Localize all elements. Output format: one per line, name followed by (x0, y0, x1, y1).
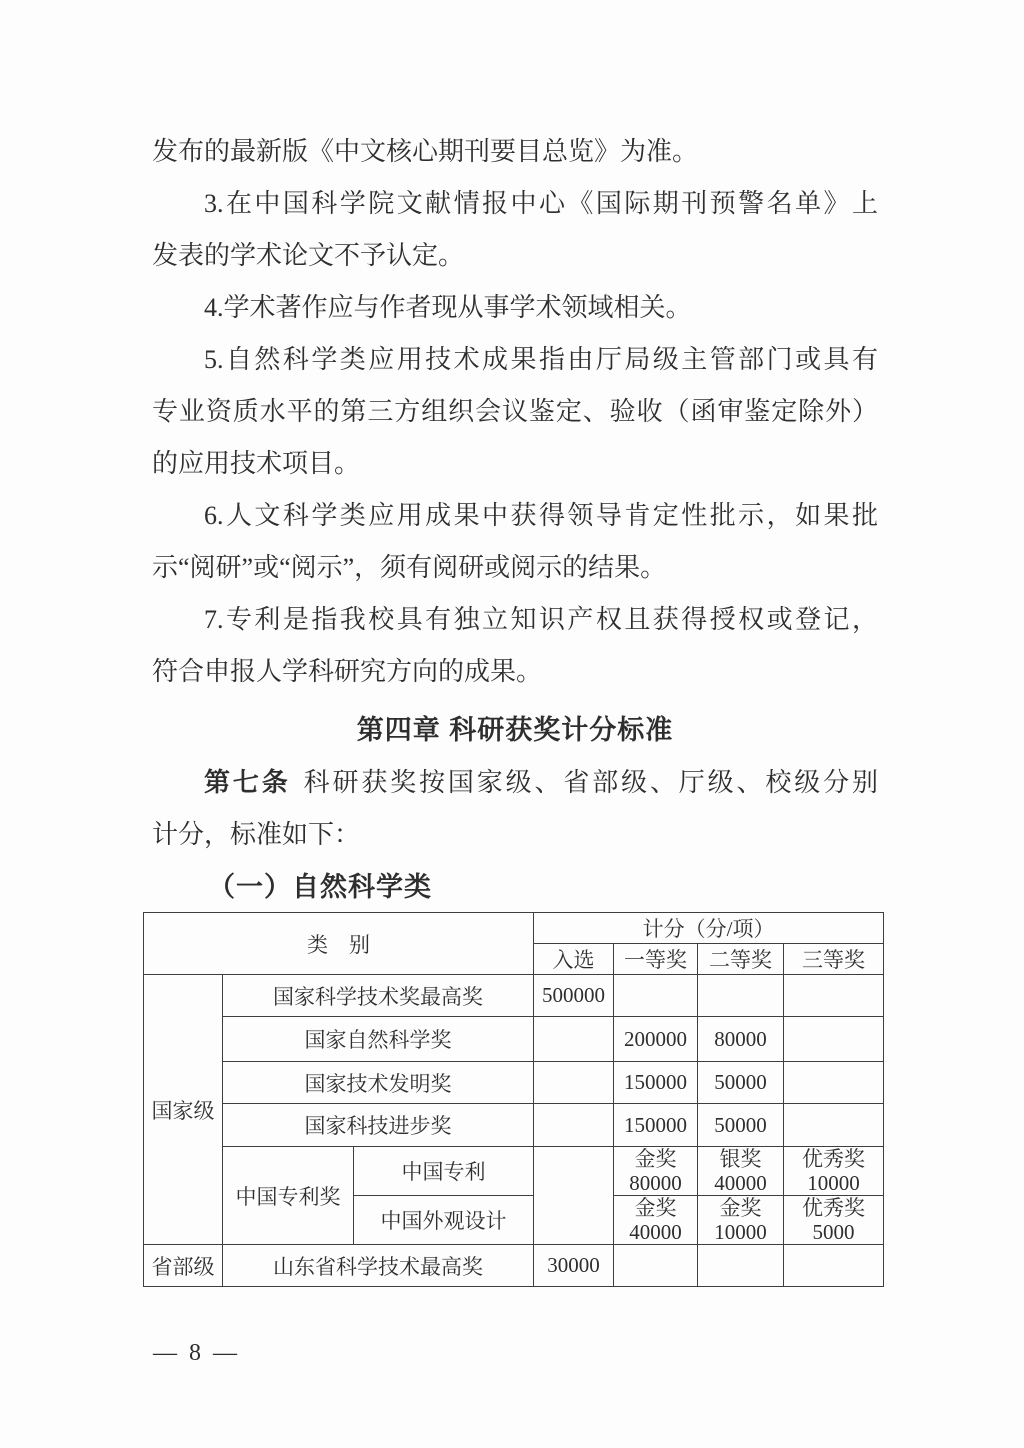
level-cell-provincial: 省部级 (144, 1245, 223, 1287)
score-third (784, 1104, 884, 1147)
award-name: 中国外观设计 (354, 1196, 534, 1245)
medal-value: 5000 (784, 1220, 883, 1244)
medal-label: 银奖 (698, 1147, 783, 1171)
score-third: 优秀奖 10000 (784, 1147, 884, 1196)
header-col-second: 二等奖 (698, 944, 784, 975)
paragraph-line: 4.学术著作应与作者现从事学术领域相关。 (152, 282, 878, 334)
medal-value: 40000 (698, 1171, 783, 1195)
award-name: 中国专利 (354, 1147, 534, 1196)
document-page: 发布的最新版《中文核心期刊要目总览》为准。 3.在中国科学院文献情报中心《国际期… (0, 0, 1024, 1448)
article-line: 第七条科研获奖按国家级、省部级、厅级、校级分别 (152, 756, 878, 809)
score-first: 150000 (614, 1104, 698, 1147)
score-second: 80000 (698, 1017, 784, 1062)
medal-value: 80000 (614, 1171, 697, 1195)
score-third (784, 1017, 884, 1062)
paragraph-line: 示“阅研”或“阅示”，须有阅研或阅示的结果。 (152, 542, 878, 594)
paragraph-line: 发表的学术论文不予认定。 (152, 230, 878, 282)
score-third (784, 975, 884, 1017)
score-third (784, 1062, 884, 1104)
score-second (698, 1245, 784, 1287)
score-selected: 30000 (534, 1245, 614, 1287)
header-category: 类 别 (144, 913, 534, 975)
table-row: 国家科技进步奖 150000 50000 (144, 1104, 884, 1147)
paragraph-line: 符合申报人学科研究方向的成果。 (152, 646, 878, 698)
score-second: 金奖 10000 (698, 1196, 784, 1245)
header-col-third: 三等奖 (784, 944, 884, 975)
award-name: 国家技术发明奖 (223, 1062, 534, 1104)
score-selected (534, 1017, 614, 1062)
score-first: 150000 (614, 1062, 698, 1104)
header-score-group: 计分（分/项） (534, 913, 884, 944)
paragraph-line: 专业资质水平的第三方组织会议鉴定、验收（函审鉴定除外） (152, 386, 878, 438)
patent-group-cell: 中国专利奖 (223, 1147, 354, 1245)
score-table: 类 别 计分（分/项） 入选 一等奖 二等奖 三等奖 国家级 国家科学技术奖最高… (143, 912, 884, 1287)
paragraph-line: 6.人文科学类应用成果中获得领导肯定性批示，如果批 (152, 490, 878, 542)
medal-label: 优秀奖 (784, 1196, 883, 1220)
table-row: 省部级 山东省科学技术最高奖 30000 (144, 1245, 884, 1287)
score-selected (534, 1062, 614, 1104)
score-first (614, 975, 698, 1017)
medal-label: 优秀奖 (784, 1147, 883, 1171)
award-name: 国家科学技术奖最高奖 (223, 975, 534, 1017)
header-col-first: 一等奖 (614, 944, 698, 975)
medal-label: 金奖 (614, 1196, 697, 1220)
table-row: 国家自然科学奖 200000 80000 (144, 1017, 884, 1062)
score-third (784, 1245, 884, 1287)
paragraph-line: 3.在中国科学院文献情报中心《国际期刊预警名单》上 (152, 178, 878, 230)
score-first (614, 1245, 698, 1287)
medal-label: 金奖 (614, 1147, 697, 1171)
medal-value: 10000 (698, 1220, 783, 1244)
body-text: 发布的最新版《中文核心期刊要目总览》为准。 3.在中国科学院文献情报中心《国际期… (152, 126, 878, 913)
table-row: 中国专利奖 中国专利 金奖 80000 银奖 40000 优秀奖 10000 (144, 1147, 884, 1196)
award-name: 国家科技进步奖 (223, 1104, 534, 1147)
score-selected (534, 1147, 614, 1245)
paragraph-line: 发布的最新版《中文核心期刊要目总览》为准。 (152, 126, 878, 178)
score-second: 50000 (698, 1062, 784, 1104)
score-selected: 500000 (534, 975, 614, 1017)
score-first: 金奖 80000 (614, 1147, 698, 1196)
medal-value: 10000 (784, 1171, 883, 1195)
paragraph-line: 5.自然科学类应用技术成果指由厅局级主管部门或具有 (152, 334, 878, 386)
score-second: 50000 (698, 1104, 784, 1147)
medal-value: 40000 (614, 1220, 697, 1244)
table-row: 国家技术发明奖 150000 50000 (144, 1062, 884, 1104)
table-row: 国家级 国家科学技术奖最高奖 500000 (144, 975, 884, 1017)
score-selected (534, 1104, 614, 1147)
paragraph-line: 7.专利是指我校具有独立知识产权且获得授权或登记， (152, 594, 878, 646)
header-col-selected: 入选 (534, 944, 614, 975)
article-text: 科研获奖按国家级、省部级、厅级、校级分别 (304, 768, 878, 797)
page-number: — 8 — (153, 1340, 240, 1367)
article-line: 计分，标准如下： (152, 809, 878, 861)
article-label: 第七条 (204, 767, 291, 797)
medal-label: 金奖 (698, 1196, 783, 1220)
chapter-heading: 第四章 科研获奖计分标准 (152, 704, 878, 756)
score-second (698, 975, 784, 1017)
score-third: 优秀奖 5000 (784, 1196, 884, 1245)
award-name: 山东省科学技术最高奖 (223, 1245, 534, 1287)
award-name: 国家自然科学奖 (223, 1017, 534, 1062)
paragraph-line: 的应用技术项目。 (152, 438, 878, 490)
score-second: 银奖 40000 (698, 1147, 784, 1196)
score-first: 200000 (614, 1017, 698, 1062)
score-first: 金奖 40000 (614, 1196, 698, 1245)
level-cell-national: 国家级 (144, 975, 223, 1245)
section-heading: （一）自然科学类 (152, 861, 878, 913)
